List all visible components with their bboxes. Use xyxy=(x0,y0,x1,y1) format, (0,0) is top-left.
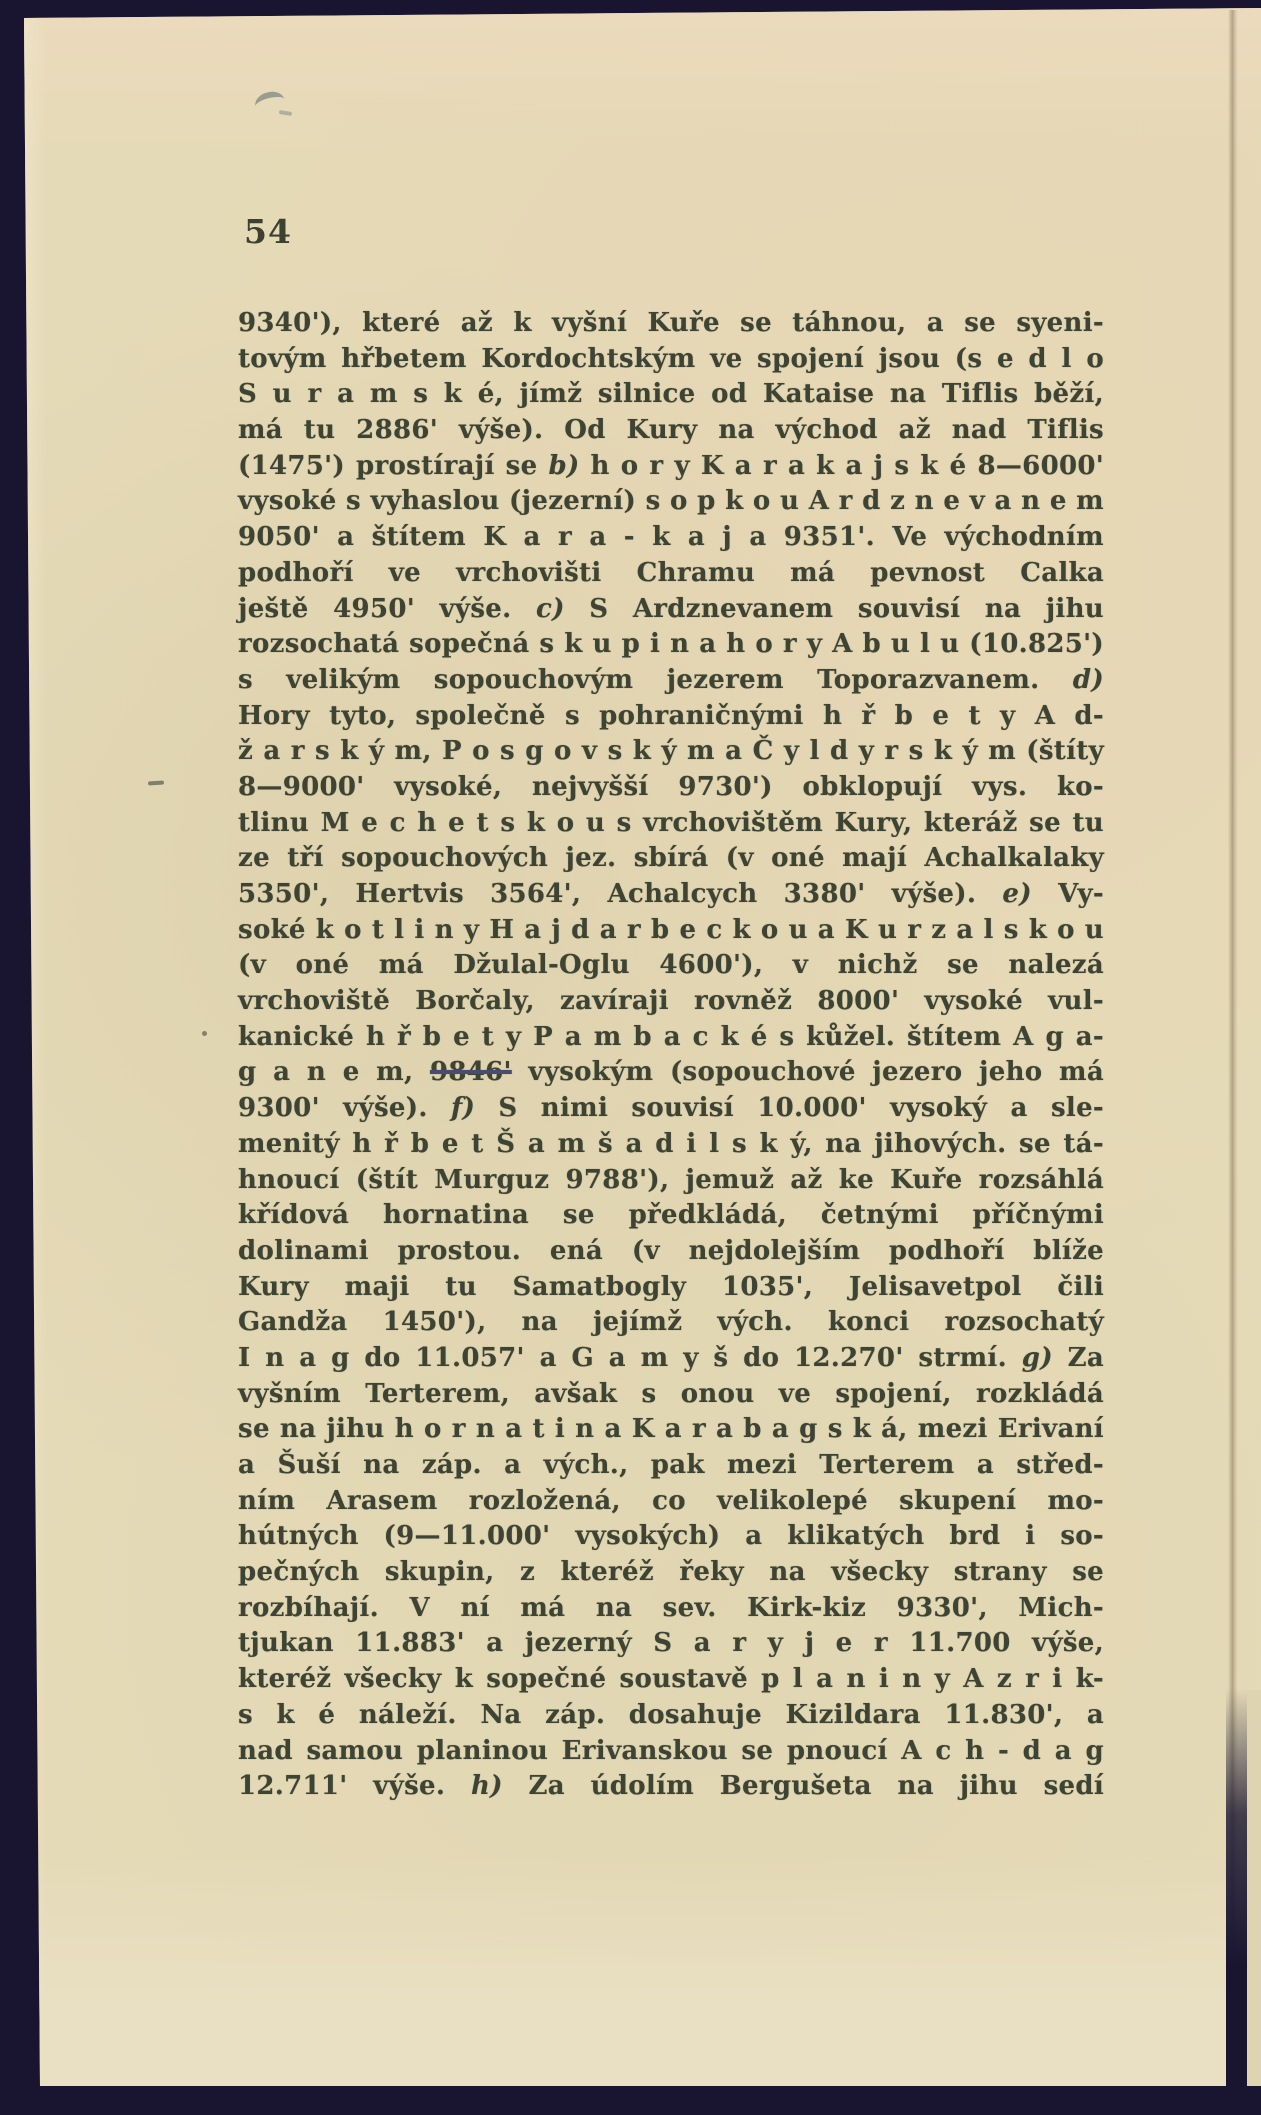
text-line: tovým hřbetem Kordochtským ve spojení js… xyxy=(238,342,1104,378)
page-number: 54 xyxy=(244,212,292,251)
text-line: s velikým sopouchovým jezerem Toporazvan… xyxy=(238,663,1104,699)
text-run: rozsochatá sopečná s k u p i n a h o r y… xyxy=(238,629,1104,659)
text-run: hútných (9—11.000' vysokých) a klikatých… xyxy=(238,1521,1104,1551)
text-run: h) xyxy=(471,1771,503,1801)
text-run: I n a g do 11.057' a G a m y š do 12.270… xyxy=(238,1343,1022,1373)
text-line: (1475') prostírají se b) h o r y K a r a… xyxy=(238,449,1104,485)
text-run: vrchoviště Borčaly, zavíraji rovněž 8000… xyxy=(238,986,1104,1016)
text-run: vyšním Terterem, avšak s onou ve spojení… xyxy=(238,1379,1104,1409)
text-run: 12.711' výše. xyxy=(238,1771,471,1801)
text-run: pečných skupin, z kteréž řeky na všecky … xyxy=(238,1557,1104,1587)
text-run: (v oné má Džulal-Oglu 4600'), v nichž se… xyxy=(238,950,1104,980)
text-run: ze tří sopouchových jez. sbírá (v oné ma… xyxy=(238,843,1104,873)
text-line: ním Arasem rozložená, co velikolepé skup… xyxy=(238,1484,1104,1520)
text-line: 9340'), které až k vyšní Kuře se táhnou,… xyxy=(238,306,1104,342)
text-run: b) xyxy=(548,451,579,481)
text-line: ještě 4950' výše. c) S Ardznevanem souvi… xyxy=(238,592,1104,628)
text-line: (v oné má Džulal-Oglu 4600'), v nichž se… xyxy=(238,948,1104,984)
text-line: se na jihu h o r n a t i n a K a r a b a… xyxy=(238,1412,1104,1448)
text-run: S nimi souvisí 10.000' vysoký a sle- xyxy=(475,1093,1104,1123)
text-run: e) xyxy=(1002,879,1031,909)
text-line: vysoké s vyhaslou (jezerní) s o p k o u … xyxy=(238,484,1104,520)
text-line: nad samou planinou Erivanskou se pnoucí … xyxy=(238,1734,1104,1770)
text-line: rozsochatá sopečná s k u p i n a h o r y… xyxy=(238,627,1104,663)
text-line: 5350', Hertvis 3564', Achalcych 3380' vý… xyxy=(238,877,1104,913)
scan-frame: 54 9340'), které až k vyšní Kuře se táhn… xyxy=(0,0,1261,2115)
text-run: kteréž všecky k sopečné soustavě p l a n… xyxy=(238,1664,1104,1694)
margin-dash-mark xyxy=(148,780,164,785)
text-run: d) xyxy=(1073,665,1104,695)
text-line: tlinu M e c h e t s k o u s vrchovištěm … xyxy=(238,806,1104,842)
text-run: se na jihu h o r n a t i n a K a r a b a… xyxy=(238,1414,1104,1444)
text-run: (1475') prostírají se xyxy=(238,451,548,481)
text-line: pečných skupin, z kteréž řeky na všecky … xyxy=(238,1555,1104,1591)
text-line: hútných (9—11.000' vysokých) a klikatých… xyxy=(238,1519,1104,1555)
text-run: rozbíhají. V ní má na sev. Kirk-kiz 9330… xyxy=(238,1593,1104,1623)
text-run: tjukan 11.883' a jezerný S a r y j e r 1… xyxy=(238,1628,1104,1658)
text-line: Kury maji tu Samatbogly 1035', Jelisavet… xyxy=(238,1270,1104,1306)
text-run: 5350', Hertvis 3564', Achalcych 3380' vý… xyxy=(238,879,1002,909)
text-run: g a n e m, xyxy=(238,1057,430,1087)
text-run: Za údolím Bergušeta na jihu sedí xyxy=(503,1771,1104,1801)
text-run: 9300' výše). xyxy=(238,1093,451,1123)
text-run: g) xyxy=(1022,1343,1053,1373)
text-line: a Šuší na záp. a vých., pak mezi Tertere… xyxy=(238,1448,1104,1484)
text-line: vrchoviště Borčaly, zavíraji rovněž 8000… xyxy=(238,984,1104,1020)
text-run: s k é náleží. Na záp. dosahuje Kizildara… xyxy=(238,1700,1104,1730)
text-run: 9340'), které až k vyšní Kuře se táhnou,… xyxy=(238,308,1104,338)
text-run: Gandža 1450'), na jejímž vých. konci roz… xyxy=(238,1307,1104,1337)
text-line: 9300' výše). f) S nimi souvisí 10.000' v… xyxy=(238,1091,1104,1127)
text-run: křídová hornatina se předkládá, četnými … xyxy=(238,1200,1104,1230)
text-run: S Ardznevanem souvisí na jihu xyxy=(565,594,1104,624)
text-line: ze tří sopouchových jez. sbírá (v oné ma… xyxy=(238,841,1104,877)
text-run: 8—9000' vysoké, nejvyšší 9730') obklopuj… xyxy=(238,772,1104,802)
text-line: podhoří ve vrchovišti Chramu má pevnost … xyxy=(238,556,1104,592)
text-line: S u r a m s k é, jímž silnice od Kataise… xyxy=(238,377,1104,413)
text-line: menitý h ř b e t Š a m š a d i l s k ý, … xyxy=(238,1127,1104,1163)
book-page: 54 9340'), které až k vyšní Kuře se táhn… xyxy=(0,0,1261,2115)
text-run: Hory tyto, společně s pohraničnými h ř b… xyxy=(238,701,1104,731)
text-line: Gandža 1450'), na jejímž vých. konci roz… xyxy=(238,1305,1104,1341)
text-run: c) xyxy=(536,594,565,624)
text-run: f) xyxy=(451,1093,475,1123)
text-line: 12.711' výše. h) Za údolím Bergušeta na … xyxy=(238,1769,1104,1805)
margin-dot-mark xyxy=(202,1031,207,1036)
text-run: tovým hřbetem Kordochtským ve spojení js… xyxy=(238,344,1104,374)
text-run: Kury maji tu Samatbogly 1035', Jelisavet… xyxy=(238,1272,1104,1302)
text-run: tlinu M e c h e t s k o u s vrchovištěm … xyxy=(238,808,1104,838)
text-line: 9050' a štítem K a r a - k a j a 9351'. … xyxy=(238,520,1104,556)
text-line: s k é náleží. Na záp. dosahuje Kizildara… xyxy=(238,1698,1104,1734)
text-run: s velikým sopouchovým jezerem Toporazvan… xyxy=(238,665,1073,695)
text-line: soké k o t l i n y H a j d a r b e c k o… xyxy=(238,913,1104,949)
text-run: ním Arasem rozložená, co velikolepé skup… xyxy=(238,1486,1104,1516)
pencil-mark-tail xyxy=(279,110,292,116)
text-run: kanické h ř b e t y P a m b a c k é s ků… xyxy=(238,1022,1104,1052)
text-line: má tu 2886' výše). Od Kury na východ až … xyxy=(238,413,1104,449)
text-run: Za xyxy=(1053,1343,1104,1373)
text-line: vyšním Terterem, avšak s onou ve spojení… xyxy=(238,1377,1104,1413)
text-line: rozbíhají. V ní má na sev. Kirk-kiz 9330… xyxy=(238,1591,1104,1627)
text-run: a Šuší na záp. a vých., pak mezi Tertere… xyxy=(238,1450,1104,1480)
text-line: kanické h ř b e t y P a m b a c k é s ků… xyxy=(238,1020,1104,1056)
text-run: soké k o t l i n y H a j d a r b e c k o… xyxy=(238,915,1104,945)
text-run: vysoké s vyhaslou (jezerní) s o p k o u … xyxy=(238,486,1104,516)
text-line: křídová hornatina se předkládá, četnými … xyxy=(238,1198,1104,1234)
text-run: vysokým (sopouchové jezero jeho má xyxy=(512,1057,1104,1087)
text-line: g a n e m, 9846' vysokým (sopouchové jez… xyxy=(238,1055,1104,1091)
text-run: S u r a m s k é, jímž silnice od Kataise… xyxy=(238,379,1104,409)
text-line: 8—9000' vysoké, nejvyšší 9730') obklopuj… xyxy=(238,770,1104,806)
text-line: I n a g do 11.057' a G a m y š do 12.270… xyxy=(238,1341,1104,1377)
text-run: ještě 4950' výše. xyxy=(238,594,536,624)
text-run: podhoří ve vrchovišti Chramu má pevnost … xyxy=(238,558,1104,588)
text-line: kteréž všecky k sopečné soustavě p l a n… xyxy=(238,1662,1104,1698)
page-edge-light-strip xyxy=(1247,1690,1261,2086)
text-line: Hory tyto, společně s pohraničnými h ř b… xyxy=(238,699,1104,735)
text-run: 9050' a štítem K a r a - k a j a 9351'. … xyxy=(238,522,1104,552)
text-line: dolinami prostou. ená (v nejdolejším pod… xyxy=(238,1234,1104,1270)
text-run: h o r y K a r a k a j s k é 8—6000' xyxy=(580,451,1104,481)
page-text: 9340'), které až k vyšní Kuře se táhnou,… xyxy=(238,306,1104,1805)
text-run: ž a r s k ý m, P o s g o v s k ý m a Č y… xyxy=(238,736,1104,766)
text-run: má tu 2886' výše). Od Kury na východ až … xyxy=(238,415,1104,445)
text-line: tjukan 11.883' a jezerný S a r y j e r 1… xyxy=(238,1626,1104,1662)
struck-number: 9846' xyxy=(430,1057,512,1087)
text-run: nad samou planinou Erivanskou se pnoucí … xyxy=(238,1736,1104,1766)
text-line: hnoucí (štít Murguz 9788'), jemuž až ke … xyxy=(238,1163,1104,1199)
page-edge-dark-strip xyxy=(1226,1688,1248,2086)
text-run: hnoucí (štít Murguz 9788'), jemuž až ke … xyxy=(238,1165,1104,1195)
text-run: menitý h ř b e t Š a m š a d i l s k ý, … xyxy=(238,1129,1104,1159)
text-run: dolinami prostou. ená (v nejdolejším pod… xyxy=(238,1236,1104,1266)
text-run: Vy- xyxy=(1032,879,1104,909)
text-line: ž a r s k ý m, P o s g o v s k ý m a Č y… xyxy=(238,734,1104,770)
